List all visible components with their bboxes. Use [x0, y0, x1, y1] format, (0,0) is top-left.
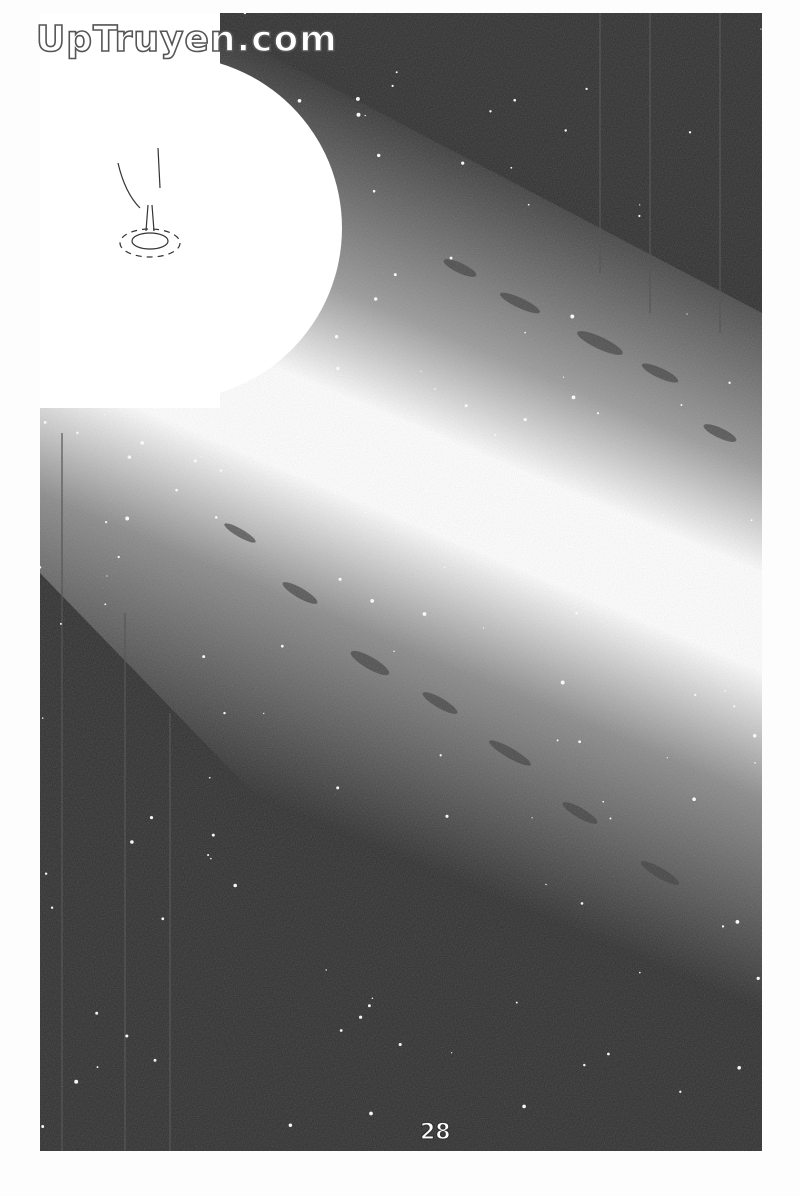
watermark: UpTruyen.com	[36, 22, 338, 58]
night-sky-illustration	[40, 13, 762, 1151]
manga-panel	[40, 13, 762, 1151]
page-number: 28	[420, 1122, 451, 1144]
